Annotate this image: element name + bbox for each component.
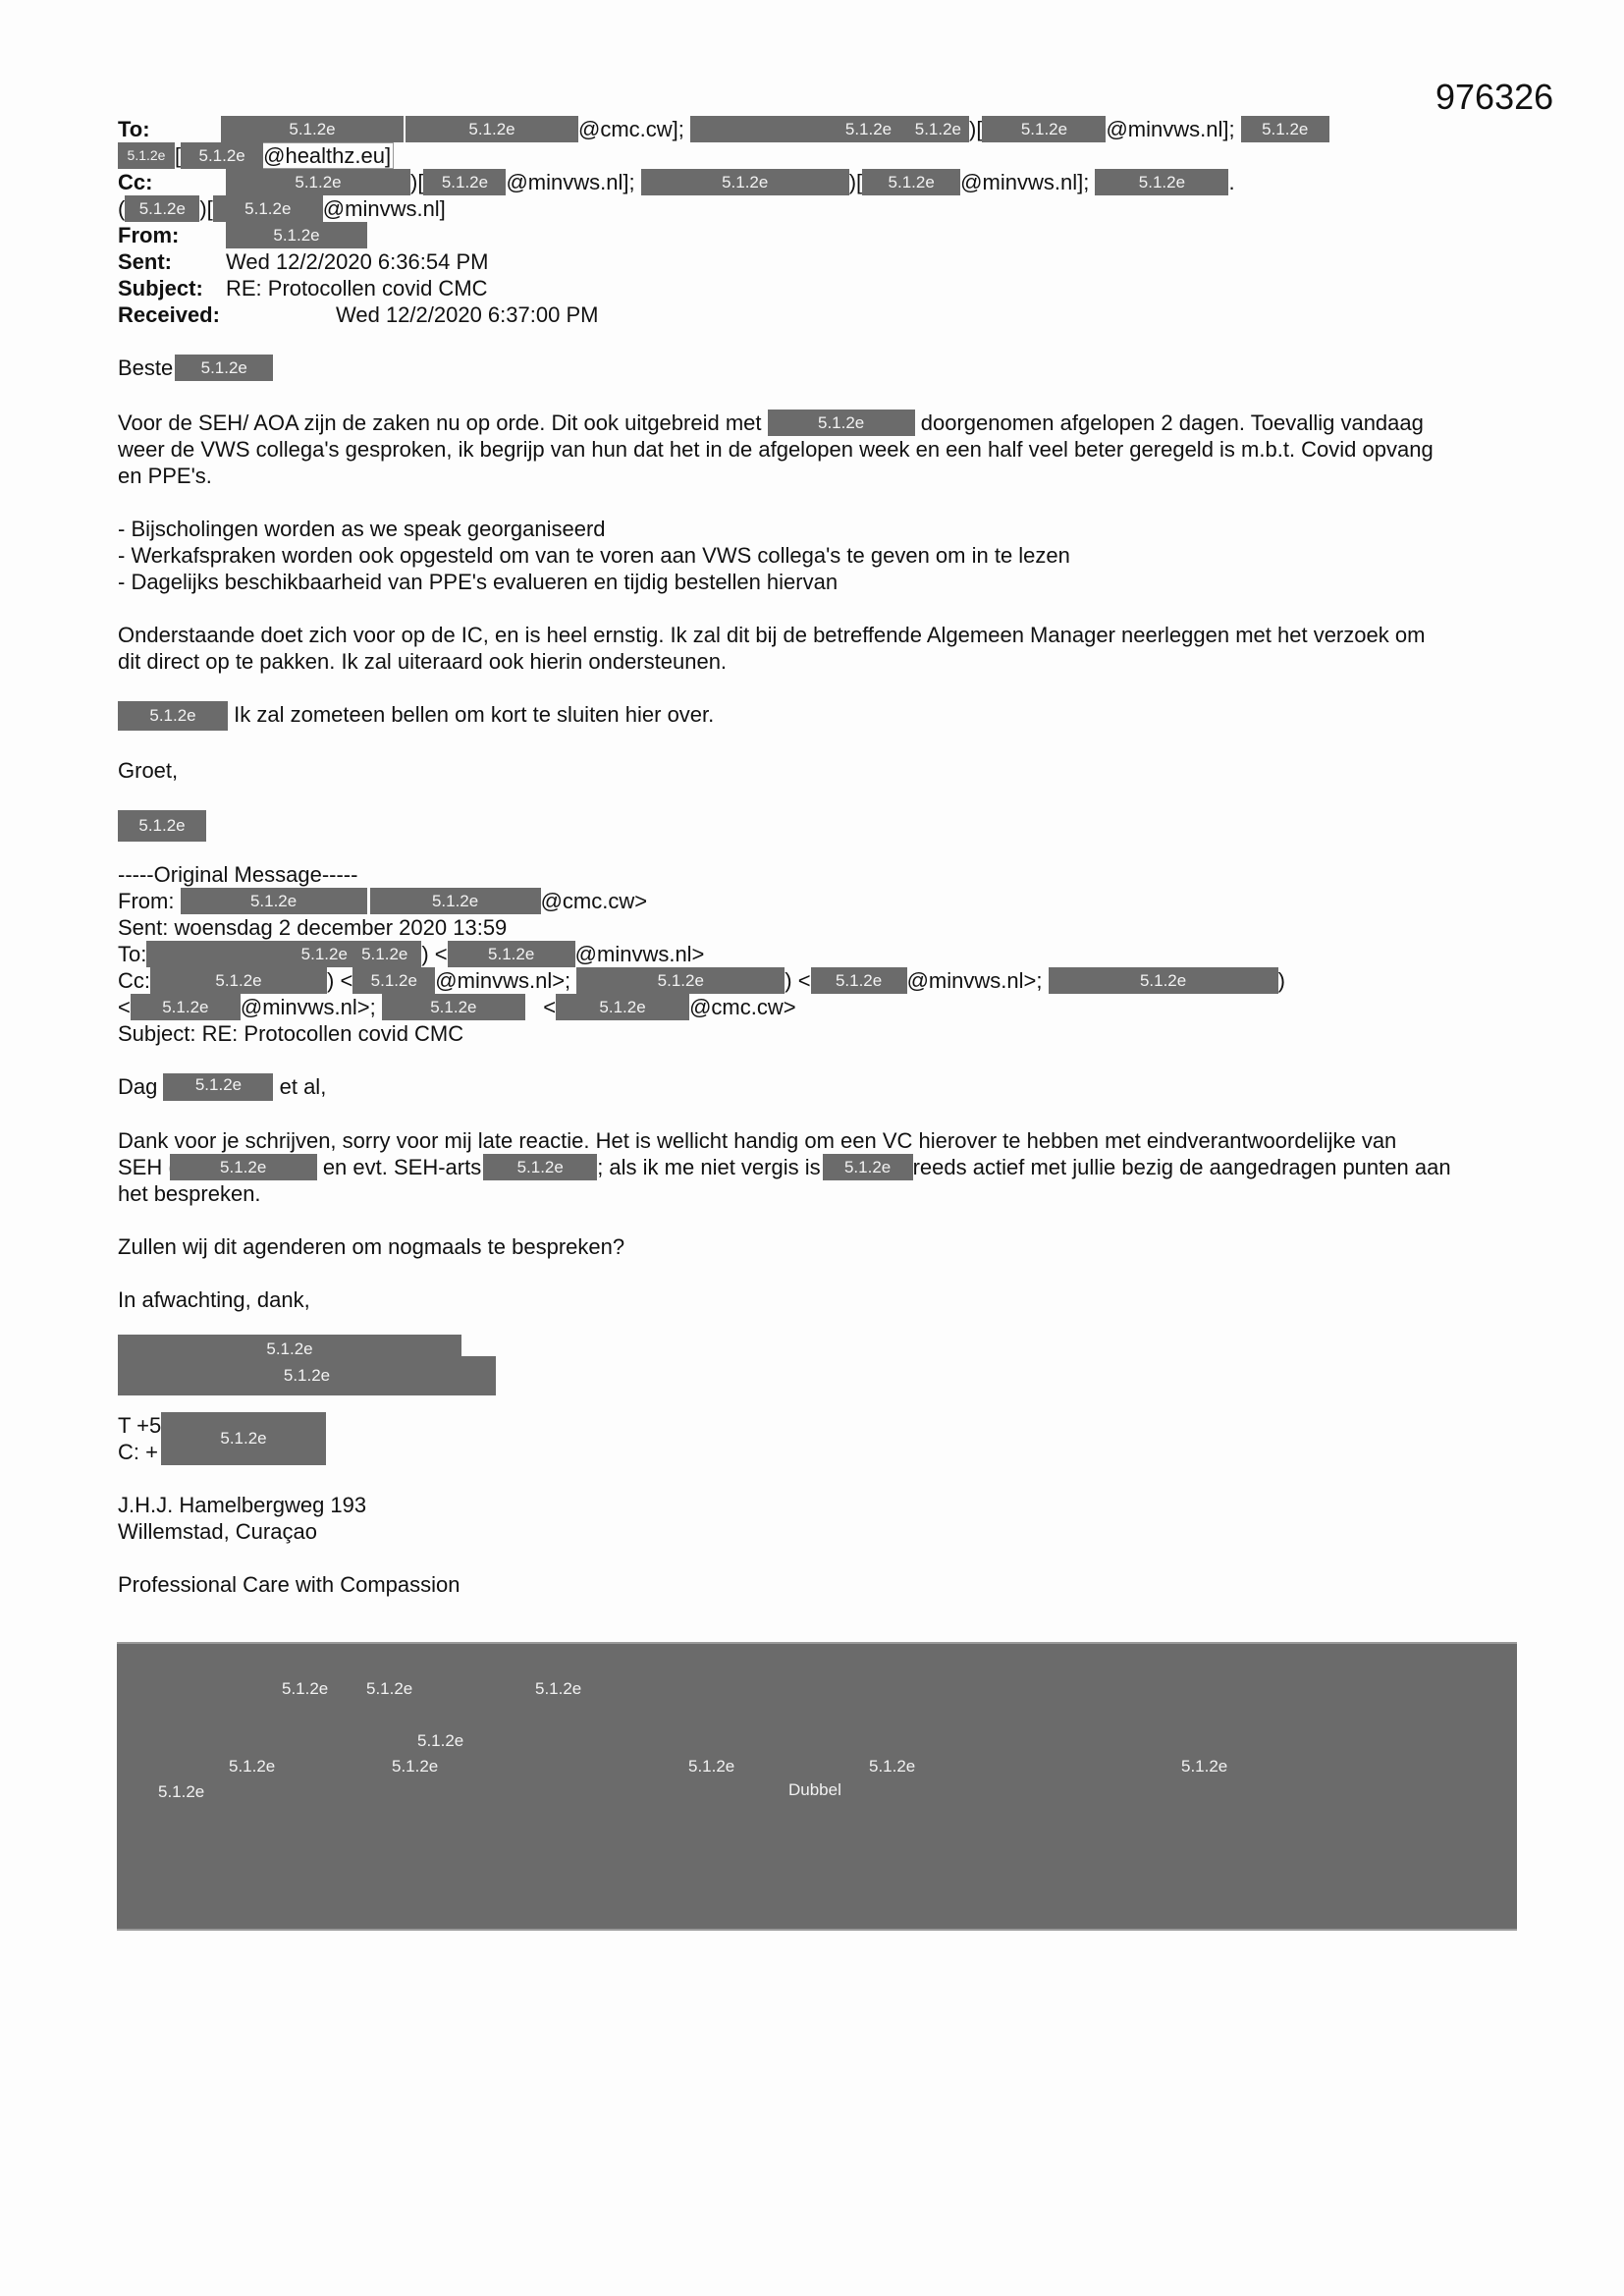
redaction: 5.1.2e: [118, 701, 228, 731]
redaction-label: 5.1.2e: [417, 1730, 463, 1752]
list-item: - Dagelijks beschikbaarheid van PPE's ev…: [118, 569, 1522, 595]
redaction-label: 5.1.2e: [158, 1781, 204, 1803]
redaction: 5.1.2e: [163, 1073, 273, 1101]
redaction: 5.1.2e: [226, 222, 367, 248]
redaction: 5.1.2e: [161, 1412, 326, 1465]
redaction: 5.1.2e: [823, 1154, 913, 1180]
redaction: 5.1.2e: [448, 941, 575, 967]
original-closing: In afwachting, dank,: [118, 1286, 1522, 1313]
header-received-line: Received:Wed 12/2/2020 6:37:00 PM: [118, 301, 1522, 328]
body-paragraph-3: 5.1.2e Ik zal zometeen bellen om kort te…: [118, 701, 1522, 731]
phone-block: T +5 C: + 5.1.2e: [118, 1412, 1522, 1465]
redaction: 5.1.2e: [181, 888, 367, 914]
redaction: 5.1.2e: [221, 116, 404, 142]
redaction: 5.1.2e 5.1.2e: [146, 941, 421, 967]
original-to-line: To:5.1.2e 5.1.2e) <5.1.2e@minvws.nl>: [118, 941, 1522, 967]
subject-value: RE: Protocollen covid CMC: [226, 276, 488, 301]
header-from-line: From:5.1.2e: [118, 222, 1522, 248]
signature: 5.1.2e: [118, 810, 1522, 842]
redaction: 5.1.2e: [181, 142, 263, 169]
header-sent-line: Sent:Wed 12/2/2020 6:36:54 PM: [118, 248, 1522, 275]
from-label: From:: [118, 222, 228, 248]
redaction: 5.1.2e: [768, 410, 915, 436]
original-paragraph-2: Zullen wij dit agenderen om nogmaals te …: [118, 1233, 1522, 1260]
redaction: 5.1.2e: [641, 169, 849, 195]
separator: )[: [969, 117, 982, 141]
footer-word: Dubbel: [788, 1779, 841, 1801]
header-subject-line: Subject:RE: Protocollen covid CMC: [118, 275, 1522, 301]
page-number: 976326: [1435, 77, 1553, 118]
redaction: 5.1.2e: [175, 355, 273, 381]
redaction: 5.1.2e: [811, 967, 907, 994]
redaction-label: 5.1.2e: [392, 1756, 438, 1777]
email-domain: @minvws.nl];: [1106, 117, 1234, 141]
redaction: 5.1.2e: [118, 142, 175, 169]
redaction-label: 5.1.2e: [229, 1756, 275, 1777]
original-sent-line: Sent: woensdag 2 december 2020 13:59: [118, 914, 1522, 941]
bullet-list: - Bijscholingen worden as we speak georg…: [118, 516, 1522, 595]
redaction: 5.1.2e: [131, 994, 241, 1020]
redaction: 5.1.2e: [150, 967, 327, 994]
header-to-line-2: 5.1.2e[5.1.2e@healthz.eu]: [118, 142, 1522, 169]
redaction: 5.1.2e: [556, 994, 689, 1020]
redaction: 5.1.2e: [862, 169, 960, 195]
redaction: 5.1.2e: [483, 1154, 597, 1180]
closing: Groet,: [118, 757, 1522, 784]
original-subject-line: Subject: RE: Protocollen covid CMC: [118, 1020, 1522, 1047]
list-item: - Werkafspraken worden ook opgesteld om …: [118, 542, 1522, 569]
sent-value: Wed 12/2/2020 6:36:54 PM: [226, 249, 488, 274]
redaction: 5.1.2e: [118, 810, 206, 842]
redaction-label: 5.1.2e: [1181, 1756, 1227, 1777]
redaction: 5.1.2e: [226, 169, 410, 195]
redaction-label: 5.1.2e: [869, 1756, 915, 1777]
email-document: To:5.1.2e5.1.2e@cmc.cw]; 5.1.2e 5.1.2e)[…: [118, 116, 1522, 1598]
address-line-2: Willemstad, Curaçao: [118, 1518, 1522, 1545]
redaction: 5.1.2e: [382, 994, 525, 1020]
cc-label: Cc:: [118, 169, 228, 195]
received-label: Received:: [118, 301, 336, 328]
redaction: 5.1.2e 5.1.2e: [690, 116, 969, 142]
address-line-1: J.H.J. Hamelbergweg 193: [118, 1492, 1522, 1518]
redaction: 5.1.2e: [352, 967, 435, 994]
body-paragraph-1: Voor de SEH/ AOA zijn de zaken nu op ord…: [118, 410, 1522, 489]
header-cc-line-2: (5.1.2e)[5.1.2e@minvws.nl]: [118, 195, 1522, 222]
email-domain: @cmc.cw];: [578, 117, 684, 141]
tagline: Professional Care with Compassion: [118, 1571, 1522, 1598]
redaction: 5.1.2e: [406, 116, 578, 142]
list-item: - Bijscholingen worden as we speak georg…: [118, 516, 1522, 542]
original-message-separator: -----Original Message-----: [118, 861, 1522, 888]
to-label: To:: [118, 116, 228, 142]
redaction: 5.1.2e: [1095, 169, 1228, 195]
redaction-label: 5.1.2e: [282, 1678, 328, 1700]
signature-redaction: 5.1.2e 5.1.2e: [118, 1335, 1522, 1395]
original-greeting: Dag 5.1.2e et al,: [118, 1073, 1522, 1101]
original-from-line: From: 5.1.2e5.1.2e@cmc.cw>: [118, 888, 1522, 914]
header-to-line: To:5.1.2e5.1.2e@cmc.cw]; 5.1.2e 5.1.2e)[…: [118, 116, 1522, 142]
original-paragraph-1: Dank voor je schrijven, sorry voor mij l…: [118, 1127, 1522, 1207]
redaction: 5.1.2e: [1049, 967, 1278, 994]
redacted-footer-box: 5.1.2e 5.1.2e 5.1.2e 5.1.2e 5.1.2e 5.1.2…: [117, 1642, 1517, 1931]
redaction: 5.1.2e: [213, 195, 323, 222]
original-cc-line: Cc:5.1.2e) <5.1.2e@minvws.nl>; 5.1.2e) <…: [118, 967, 1522, 994]
redaction: 5.1.2e: [170, 1154, 317, 1180]
redaction: 5.1.2e: [982, 116, 1106, 142]
email-domain: @healthz.eu]: [263, 142, 394, 169]
received-value: Wed 12/2/2020 6:37:00 PM: [336, 302, 598, 327]
redaction: 5.1.2e: [1241, 116, 1329, 142]
redaction: 5.1.2e: [370, 888, 541, 914]
redaction-label: 5.1.2e: [688, 1756, 734, 1777]
redaction: 5.1.2e: [576, 967, 785, 994]
redaction-label: 5.1.2e: [366, 1678, 412, 1700]
header-cc-line: Cc:5.1.2e)[5.1.2e@minvws.nl]; 5.1.2e)[5.…: [118, 169, 1522, 195]
redaction: 5.1.2e: [125, 195, 199, 222]
subject-label: Subject:: [118, 275, 228, 301]
redaction: 5.1.2e: [423, 169, 506, 195]
greeting: Beste5.1.2e: [118, 355, 1522, 383]
original-cc-line-2: <5.1.2e@minvws.nl>; 5.1.2e <5.1.2e@cmc.c…: [118, 994, 1522, 1020]
sent-label: Sent:: [118, 248, 228, 275]
redaction-label: 5.1.2e: [535, 1678, 581, 1700]
body-paragraph-2: Onderstaande doet zich voor op de IC, en…: [118, 622, 1522, 675]
